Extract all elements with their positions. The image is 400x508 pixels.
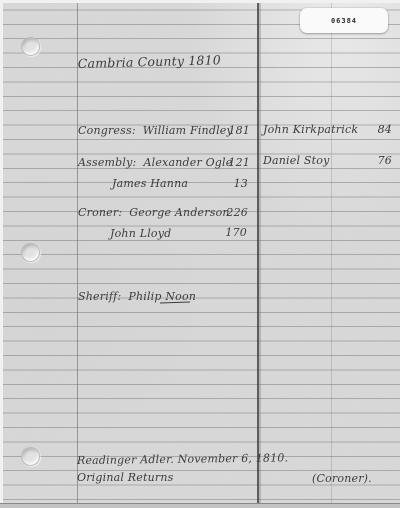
vote-count: 170	[219, 226, 247, 239]
catalog-number-sticker: 06384	[300, 8, 388, 33]
ruled-lines	[0, 0, 400, 508]
left-margin-rule	[77, 0, 78, 508]
fold-line	[331, 0, 332, 508]
scan-edge-left	[0, 0, 3, 508]
office-label: Croner:	[78, 206, 122, 219]
vote-count: 13	[220, 177, 248, 190]
punch-hole-bottom	[21, 447, 40, 466]
vote-count: 181	[222, 124, 250, 137]
candidate-name: William Findley	[143, 124, 233, 137]
entry-assembly-second: James Hanna	[112, 177, 188, 190]
punch-hole-top	[21, 37, 40, 56]
center-divider-rule	[257, 0, 259, 508]
candidate-name: George Anderson	[129, 206, 229, 219]
entry-congress: Congress: William Findley	[78, 124, 233, 137]
office-label: Assembly:	[78, 156, 136, 169]
catalog-number: 06384	[331, 17, 357, 25]
vote-count: 226	[220, 206, 248, 219]
return-type: Original Returns	[77, 471, 174, 484]
opponent-name: Daniel Stoy	[263, 154, 330, 167]
entry-coroner-second: John Lloyd	[110, 227, 171, 240]
punch-hole-middle	[21, 243, 40, 262]
scan-edge-top	[0, 0, 400, 3]
entry-coroner: Croner: George Anderson	[78, 206, 230, 219]
candidate-name: Alexander Ogle	[143, 156, 232, 169]
source-citation: Readinger Adler. November 6, 1810.	[77, 451, 289, 467]
opponent-vote-count: 84	[364, 123, 392, 136]
office-label: Sheriff:	[78, 290, 121, 303]
opponent-vote-count: 76	[364, 154, 392, 167]
corner-annotation: (Coroner).	[312, 472, 372, 485]
scan-edge-bottom	[0, 503, 400, 508]
vote-count: 121	[222, 156, 250, 169]
opponent-name: John Kirkpatrick	[263, 123, 358, 136]
entry-assembly: Assembly: Alexander Ogle	[78, 156, 232, 169]
office-label: Congress:	[78, 124, 136, 137]
scanned-ledger-page: 06384 Cambria County 1810 Congress: Will…	[0, 0, 400, 508]
